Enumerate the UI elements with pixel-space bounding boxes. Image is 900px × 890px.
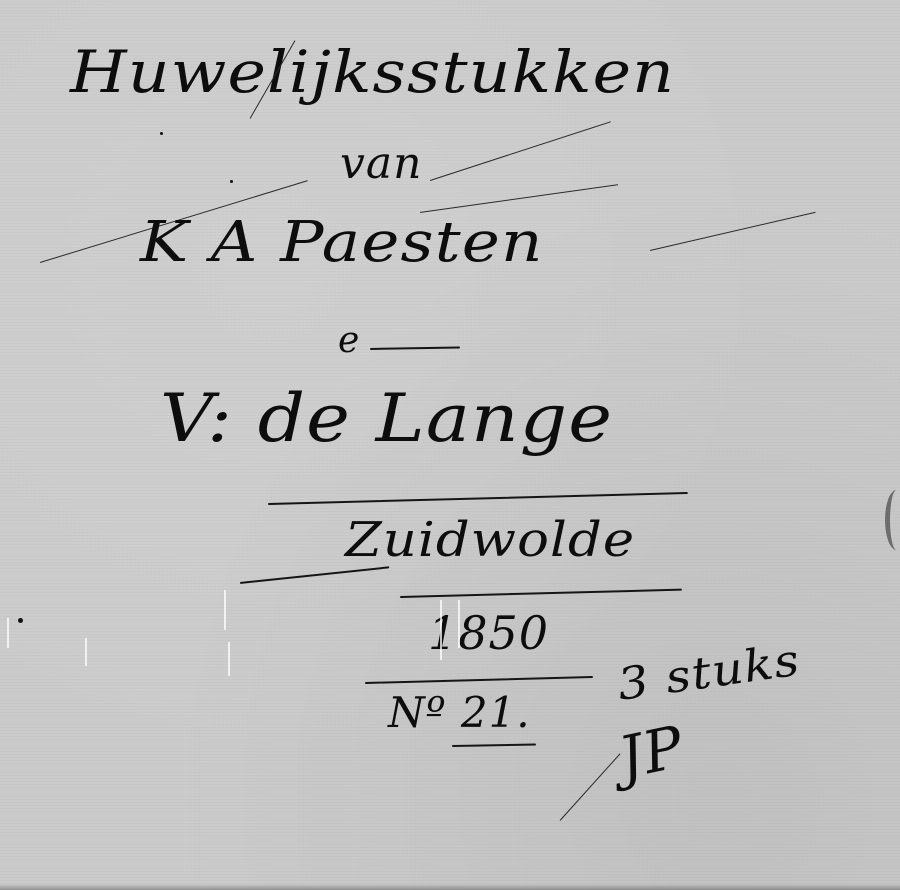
initials-tail bbox=[560, 753, 621, 821]
ink-speck bbox=[160, 132, 163, 135]
scan-scratch bbox=[85, 638, 87, 666]
divider-above-place bbox=[268, 492, 688, 505]
place-name: Zuidwolde bbox=[345, 512, 635, 568]
ink-speck bbox=[230, 180, 233, 183]
scan-bottom-edge bbox=[0, 884, 900, 890]
ink-speck bbox=[18, 618, 23, 623]
scan-scratch bbox=[224, 590, 226, 630]
document-title: Huwelijksstukken bbox=[70, 38, 675, 106]
groom-top-flourish bbox=[420, 184, 618, 213]
year: 1850 bbox=[428, 606, 549, 660]
groom-name: K A Paesten bbox=[140, 210, 544, 275]
van-flourish bbox=[430, 121, 611, 181]
scan-scratch bbox=[440, 600, 442, 660]
year-divider bbox=[365, 676, 593, 684]
clerk-initials: JP bbox=[613, 712, 690, 792]
divider-below-place bbox=[400, 589, 682, 598]
scan-scratch bbox=[228, 642, 230, 676]
page-edge-mark bbox=[885, 490, 900, 550]
place-underline-flourish bbox=[240, 566, 389, 584]
text-en: e bbox=[338, 320, 360, 361]
scan-scratch bbox=[458, 600, 460, 648]
document-page: Huwelijksstukken van K A Paesten e V: de… bbox=[0, 0, 900, 890]
text-van: van bbox=[340, 138, 422, 189]
piece-count: 3 stuks bbox=[614, 635, 803, 711]
record-number: Nº 21. bbox=[388, 688, 531, 737]
scan-scratch bbox=[7, 618, 9, 648]
en-flourish bbox=[370, 346, 460, 350]
bride-name: V: de Lange bbox=[160, 380, 613, 457]
groom-flourish-right bbox=[650, 212, 816, 251]
number-underline bbox=[452, 744, 536, 747]
